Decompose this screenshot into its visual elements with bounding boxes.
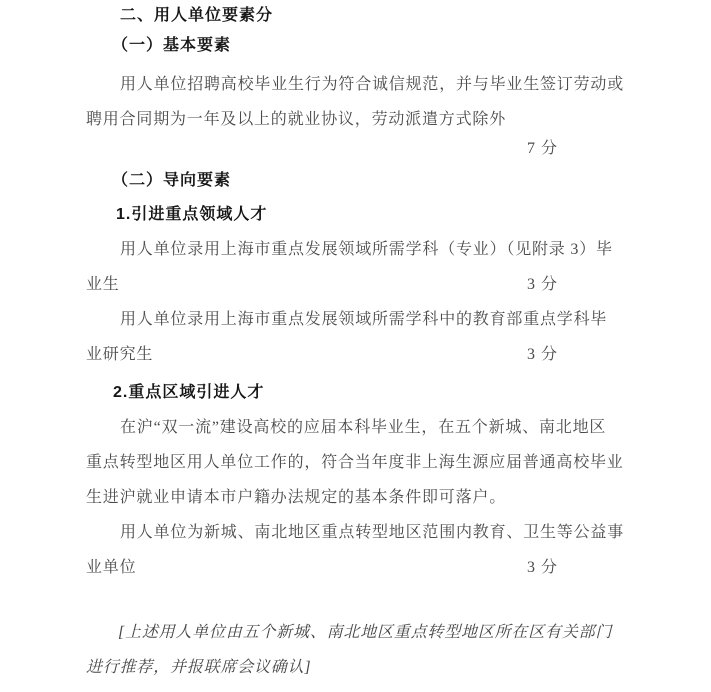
paragraph-key-discipline-line-2: 业研究生 3 分: [86, 346, 627, 364]
bracket-note-line-2: 进行推荐，并报联席会议确认]: [86, 659, 627, 677]
score-value: 3 分: [527, 346, 558, 364]
paragraph-key-discipline-line-1: 用人单位录用上海市重点发展领域所需学科中的教育部重点学科毕: [86, 311, 661, 329]
heading-subsection-orientation-elements: （二）导向要素: [86, 172, 653, 190]
paragraph-text: 在沪“双一流”建设高校的应届本科毕业生，在五个新城、南北地区: [120, 419, 606, 436]
score-value: 3 分: [527, 276, 558, 294]
paragraph-public-institution-line-2: 业单位 3 分: [86, 559, 627, 577]
paragraph-basic-line-1: 用人单位招聘高校毕业生行为符合诚信规范，并与毕业生签订劳动或: [86, 76, 661, 94]
paragraph-text: 重点转型地区用人单位工作的，符合当年度非上海生源应届普通高校毕业: [86, 454, 624, 471]
note-text: 进行推荐，并报联席会议确认]: [86, 659, 311, 676]
score-value: 3 分: [527, 559, 558, 577]
score-value: 7 分: [527, 140, 558, 158]
paragraph-text: 业单位: [86, 559, 136, 576]
paragraph-region-line-3: 生进沪就业申请本市户籍办法规定的基本条件即可落户。: [86, 489, 627, 507]
paragraph-region-line-2: 重点转型地区用人单位工作的，符合当年度非上海生源应届普通高校毕业: [86, 454, 627, 472]
paragraph-text: 业研究生: [86, 346, 153, 363]
heading-item-1-key-field-talent: 1.引进重点领域人才: [86, 206, 657, 224]
note-text: [上述用人单位由五个新城、南北地区重点转型地区所在区有关部门: [118, 624, 612, 641]
paragraph-text: 用人单位录用上海市重点发展领域所需学科中的教育部重点学科毕: [120, 311, 607, 328]
paragraph-public-institution-line-1: 用人单位为新城、南北地区重点转型地区范围内教育、卫生等公益事: [86, 524, 661, 542]
heading-item-2-key-region-talent: 2.重点区域引进人才: [86, 384, 654, 402]
heading-text: （一）基本要素: [112, 37, 231, 54]
heading-text: 2.重点区域引进人才: [113, 384, 264, 401]
paragraph-text: 生进沪就业申请本市户籍办法规定的基本条件即可落户。: [86, 489, 506, 506]
paragraph-text: 用人单位录用上海市重点发展领域所需学科（专业）（见附录 3）毕: [120, 241, 613, 258]
bracket-note-line-1: [上述用人单位由五个新城、南北地区重点转型地区所在区有关部门: [86, 624, 659, 642]
heading-text: 1.引进重点领域人才: [116, 206, 267, 223]
heading-subsection-basic-elements: （一）基本要素: [86, 37, 653, 55]
heading-section-2: 二、用人单位要素分: [86, 7, 661, 25]
paragraph-key-field-line-2: 业生 3 分: [86, 276, 627, 294]
paragraph-text: 业生: [86, 276, 120, 293]
paragraph-text: 聘用合同期为一年及以上的就业协议，劳动派遣方式除外: [86, 111, 506, 128]
paragraph-region-line-1: 在沪“双一流”建设高校的应届本科毕业生，在五个新城、南北地区: [86, 419, 661, 437]
paragraph-basic-line-2: 聘用合同期为一年及以上的就业协议，劳动派遣方式除外: [86, 111, 627, 129]
paragraph-key-field-line-1: 用人单位录用上海市重点发展领域所需学科（专业）（见附录 3）毕: [86, 241, 661, 259]
document-page: 二、用人单位要素分 （一）基本要素 用人单位招聘高校毕业生行为符合诚信规范，并与…: [0, 0, 711, 692]
heading-text: 二、用人单位要素分: [120, 7, 273, 24]
heading-text: （二）导向要素: [112, 172, 231, 189]
paragraph-text: 用人单位为新城、南北地区重点转型地区范围内教育、卫生等公益事: [120, 524, 624, 541]
paragraph-text: 用人单位招聘高校毕业生行为符合诚信规范，并与毕业生签订劳动或: [120, 76, 624, 93]
